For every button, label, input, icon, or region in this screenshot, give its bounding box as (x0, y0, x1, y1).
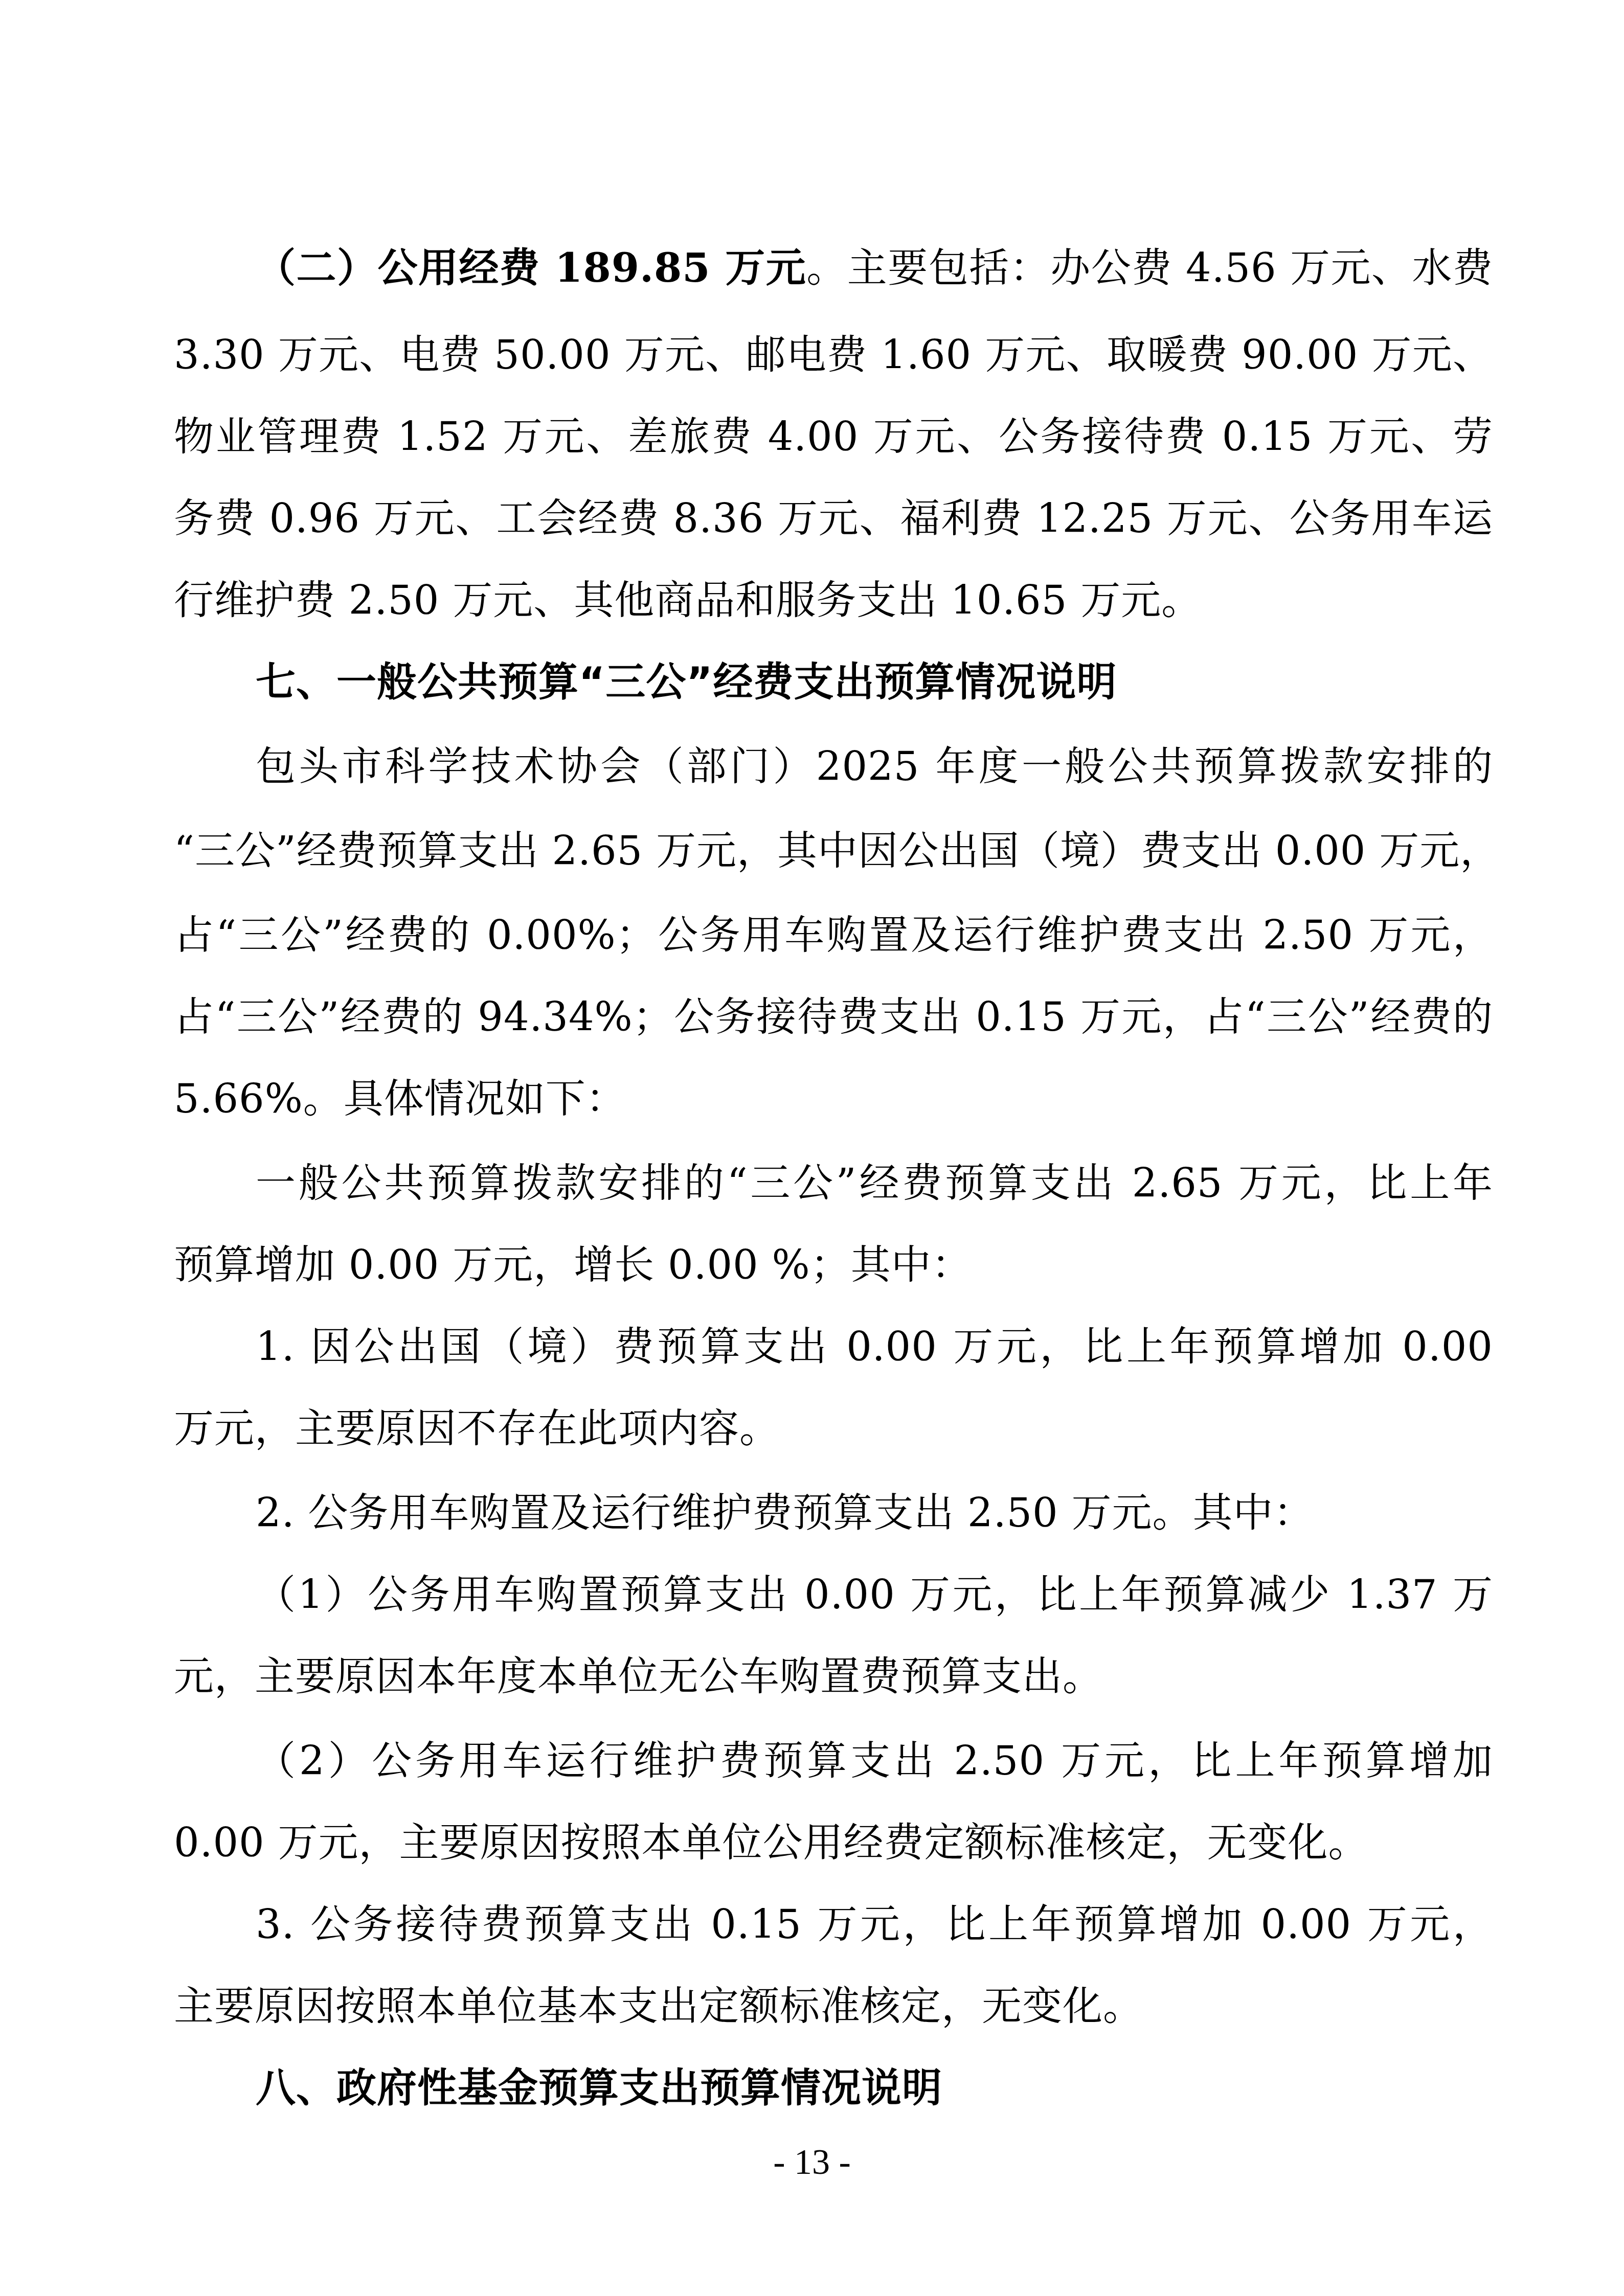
section-7-para1-line-5: 5.66%。具体情况如下： (174, 1071, 1493, 1127)
item-2-2-line-2: 0.00 万元，主要原因按照本单位公用经费定额标准核定，无变化。 (174, 1815, 1493, 1871)
item-2-1-line-2: 元，主要原因本年度本单位无公车购置费预算支出。 (174, 1649, 1493, 1705)
item-1-line-2: 万元，主要原因不存在此项内容。 (174, 1401, 1493, 1457)
item-3-line-1: 3. 公务接待费预算支出 0.15 万元，比上年预算增加 0.00 万元， (256, 1897, 1493, 1953)
section-b-line-4: 务费 0.96 万元、工会经费 8.36 万元、福利费 12.25 万元、公务用… (174, 491, 1493, 547)
item-2-2-line-1: （2）公务用车运行维护费预算支出 2.50 万元，比上年预算增加 (256, 1733, 1493, 1789)
document-page: （二）公用经费 189.85 万元。主要包括：办公费 4.56 万元、水费 3.… (0, 0, 1624, 2296)
item-2-1-line-1: （1）公务用车购置预算支出 0.00 万元，比上年预算减少 1.37 万 (256, 1567, 1493, 1623)
page-number: - 13 - (0, 2137, 1624, 2188)
section-7-para2-line-1: 一般公共预算拨款安排的“三公”经费预算支出 2.65 万元，比上年 (256, 1155, 1493, 1212)
section-b-title: （二）公用经费 189.85 万元 (256, 245, 806, 291)
item-2-line: 2. 公务用车购置及运行维护费预算支出 2.50 万元。其中： (256, 1485, 1493, 1541)
section-b-line-3: 物业管理费 1.52 万元、差旅费 4.00 万元、公务接待费 0.15 万元、… (174, 409, 1493, 465)
section-7-para1-line-1: 包头市科学技术协会（部门）2025 年度一般公共预算拨款安排的 (256, 739, 1493, 795)
section-b-line-1: （二）公用经费 189.85 万元。主要包括：办公费 4.56 万元、水费 (256, 240, 1493, 297)
section-b-line-2: 3.30 万元、电费 50.00 万元、邮电费 1.60 万元、取暖费 90.0… (174, 327, 1493, 383)
section-7-heading: 七、一般公共预算“三公”经费支出预算情况说明 (256, 654, 1493, 711)
item-3-line-2: 主要原因按照本单位基本支出定额标准核定，无变化。 (174, 1979, 1493, 2035)
section-7-para1-line-4: 占“三公”经费的 94.34%；公务接待费支出 0.15 万元，占“三公”经费的 (174, 989, 1493, 1045)
section-7-para2-line-2: 预算增加 0.00 万元，增长 0.00 %；其中： (174, 1237, 1493, 1293)
item-1-line-1: 1. 因公出国（境）费预算支出 0.00 万元，比上年预算增加 0.00 (256, 1319, 1493, 1375)
section-b-line-5: 行维护费 2.50 万元、其他商品和服务支出 10.65 万元。 (174, 573, 1493, 629)
section-7-para1-line-2: “三公”经费预算支出 2.65 万元，其中因公出国（境）费支出 0.00 万元， (174, 823, 1493, 879)
section-8-heading: 八、政府性基金预算支出预算情况说明 (256, 2060, 1493, 2117)
section-7-para1-line-3: 占“三公”经费的 0.00%；公务用车购置及运行维护费支出 2.50 万元， (174, 907, 1493, 964)
